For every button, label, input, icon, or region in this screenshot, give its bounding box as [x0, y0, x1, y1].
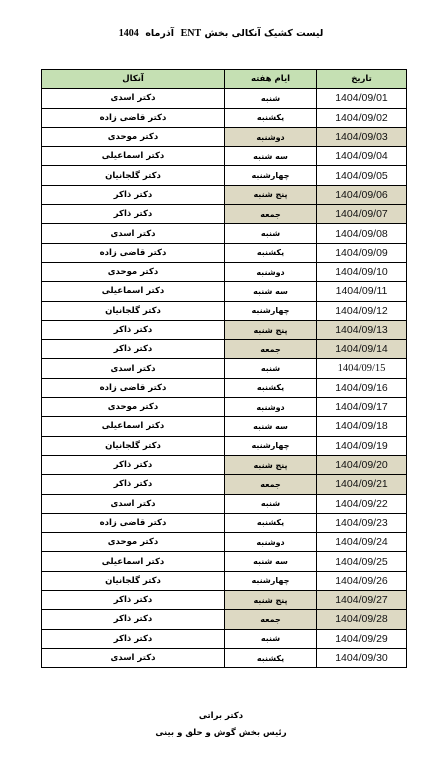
cell-oncall-doctor: دکتر اسدی: [42, 648, 225, 667]
cell-day: دوشنبه: [225, 398, 317, 417]
cell-date: 1404/09/02: [317, 108, 407, 127]
cell-date: 1404/09/24: [317, 533, 407, 552]
cell-day: یکشنبه: [225, 108, 317, 127]
cell-date: 1404/09/05: [317, 166, 407, 185]
cell-date: 1404/09/04: [317, 147, 407, 166]
cell-day: دوشنبه: [225, 262, 317, 281]
table-row: 1404/09/15شنبهدکتر اسدی: [42, 359, 407, 378]
cell-oncall-doctor: دکتر موحدی: [42, 533, 225, 552]
table-row: 1404/09/30یکشنبهدکتر اسدی: [42, 648, 407, 667]
table-row: 1404/09/29شنبهدکتر ذاکر: [42, 629, 407, 648]
header-date: تاریخ: [317, 70, 407, 89]
table-row: 1404/09/24دوشنبهدکتر موحدی: [42, 533, 407, 552]
cell-day: جمعه: [225, 475, 317, 494]
cell-date: 1404/09/30: [317, 648, 407, 667]
table-row: 1404/09/02یکشنبهدکتر قاضی زاده: [42, 108, 407, 127]
cell-date: 1404/09/28: [317, 610, 407, 629]
title-month: آذرماه: [145, 28, 174, 39]
cell-oncall-doctor: دکتر ذاکر: [42, 629, 225, 648]
cell-date: 1404/09/27: [317, 591, 407, 610]
cell-day: سه شنبه: [225, 417, 317, 436]
cell-oncall-doctor: دکتر گلجانیان: [42, 166, 225, 185]
cell-oncall-doctor: دکتر ذاکر: [42, 475, 225, 494]
cell-date: 1404/09/25: [317, 552, 407, 571]
cell-date: 1404/09/20: [317, 455, 407, 474]
cell-oncall-doctor: دکتر موحدی: [42, 262, 225, 281]
cell-date: 1404/09/19: [317, 436, 407, 455]
table-row: 1404/09/19چهارشنبهدکتر گلجانیان: [42, 436, 407, 455]
cell-oncall-doctor: دکتر قاضی زاده: [42, 513, 225, 532]
cell-date: 1404/09/07: [317, 205, 407, 224]
table-header-row: تاریخ ایام هفته آنکال: [42, 70, 407, 89]
cell-day: شنبه: [225, 629, 317, 648]
document-title: لیست کشیک آنکالی بخش ENT آذرماه 1404: [0, 28, 442, 39]
cell-oncall-doctor: دکتر ذاکر: [42, 340, 225, 359]
cell-day: شنبه: [225, 89, 317, 108]
cell-date: 1404/09/06: [317, 185, 407, 204]
table-row: 1404/09/10دوشنبهدکتر موحدی: [42, 262, 407, 281]
cell-day: چهارشنبه: [225, 166, 317, 185]
cell-day: پنج شنبه: [225, 455, 317, 474]
signature-role: رئیس بخش گوش و حلق و بینی: [0, 725, 442, 742]
cell-day: دوشنبه: [225, 533, 317, 552]
table-row: 1404/09/25سه شنبهدکتر اسماعیلی: [42, 552, 407, 571]
cell-date: 1404/09/10: [317, 262, 407, 281]
cell-oncall-doctor: دکتر قاضی زاده: [42, 108, 225, 127]
cell-day: چهارشنبه: [225, 571, 317, 590]
cell-date: 1404/09/11: [317, 282, 407, 301]
cell-day: چهارشنبه: [225, 436, 317, 455]
cell-day: شنبه: [225, 359, 317, 378]
cell-date: 1404/09/13: [317, 320, 407, 339]
cell-date: 1404/09/23: [317, 513, 407, 532]
cell-day: یکشنبه: [225, 378, 317, 397]
cell-oncall-doctor: دکتر گلجانیان: [42, 301, 225, 320]
cell-date: 1404/09/21: [317, 475, 407, 494]
table-row: 1404/09/05چهارشنبهدکتر گلجانیان: [42, 166, 407, 185]
cell-oncall-doctor: دکتر اسماعیلی: [42, 417, 225, 436]
cell-oncall-doctor: دکتر اسدی: [42, 89, 225, 108]
table-row: 1404/09/12چهارشنبهدکتر گلجانیان: [42, 301, 407, 320]
table-row: 1404/09/18سه شنبهدکتر اسماعیلی: [42, 417, 407, 436]
table-row: 1404/09/21جمعهدکتر ذاکر: [42, 475, 407, 494]
title-prefix: لیست کشیک آنکالی بخش: [204, 28, 323, 39]
cell-day: پنج شنبه: [225, 185, 317, 204]
cell-oncall-doctor: دکتر قاضی زاده: [42, 243, 225, 262]
cell-date: 1404/09/08: [317, 224, 407, 243]
cell-oncall-doctor: دکتر ذاکر: [42, 591, 225, 610]
cell-day: جمعه: [225, 610, 317, 629]
cell-oncall-doctor: دکتر ذاکر: [42, 185, 225, 204]
cell-date: 1404/09/29: [317, 629, 407, 648]
cell-day: پنج شنبه: [225, 591, 317, 610]
table-body: 1404/09/01شنبهدکتر اسدی1404/09/02یکشنبهد…: [42, 89, 407, 668]
cell-oncall-doctor: دکتر ذاکر: [42, 320, 225, 339]
cell-oncall-doctor: دکتر گلجانیان: [42, 436, 225, 455]
table-row: 1404/09/26چهارشنبهدکتر گلجانیان: [42, 571, 407, 590]
cell-date: 1404/09/15: [317, 359, 407, 378]
table-row: 1404/09/07جمعهدکتر ذاکر: [42, 205, 407, 224]
table-row: 1404/09/06پنج شنبهدکتر ذاکر: [42, 185, 407, 204]
cell-oncall-doctor: دکتر ذاکر: [42, 205, 225, 224]
cell-date: 1404/09/22: [317, 494, 407, 513]
table-row: 1404/09/14جمعهدکتر ذاکر: [42, 340, 407, 359]
cell-day: یکشنبه: [225, 243, 317, 262]
cell-oncall-doctor: دکتر اسدی: [42, 359, 225, 378]
cell-oncall-doctor: دکتر ذاکر: [42, 455, 225, 474]
cell-day: یکشنبه: [225, 513, 317, 532]
cell-date: 1404/09/14: [317, 340, 407, 359]
cell-date: 1404/09/26: [317, 571, 407, 590]
cell-date: 1404/09/03: [317, 127, 407, 146]
table-row: 1404/09/01شنبهدکتر اسدی: [42, 89, 407, 108]
cell-oncall-doctor: دکتر اسماعیلی: [42, 282, 225, 301]
cell-oncall-doctor: دکتر گلجانیان: [42, 571, 225, 590]
cell-oncall-doctor: دکتر اسدی: [42, 494, 225, 513]
table-row: 1404/09/11سه شنبهدکتر اسماعیلی: [42, 282, 407, 301]
cell-day: جمعه: [225, 340, 317, 359]
title-department: ENT: [181, 28, 202, 39]
table-row: 1404/09/22شنبهدکتر اسدی: [42, 494, 407, 513]
cell-date: 1404/09/17: [317, 398, 407, 417]
oncall-roster-table: تاریخ ایام هفته آنکال 1404/09/01شنبهدکتر…: [41, 69, 407, 668]
cell-day: سه شنبه: [225, 552, 317, 571]
table-row: 1404/09/04سه شنبهدکتر اسماعیلی: [42, 147, 407, 166]
cell-oncall-doctor: دکتر اسماعیلی: [42, 552, 225, 571]
cell-day: شنبه: [225, 494, 317, 513]
cell-day: چهارشنبه: [225, 301, 317, 320]
table-row: 1404/09/17دوشنبهدکتر موحدی: [42, 398, 407, 417]
signature-block: دکتر براتی رئیس بخش گوش و حلق و بینی: [0, 708, 442, 742]
cell-day: دوشنبه: [225, 127, 317, 146]
cell-date: 1404/09/09: [317, 243, 407, 262]
cell-date: 1404/09/01: [317, 89, 407, 108]
cell-day: سه شنبه: [225, 147, 317, 166]
cell-day: سه شنبه: [225, 282, 317, 301]
table-row: 1404/09/23یکشنبهدکتر قاضی زاده: [42, 513, 407, 532]
header-oncall: آنکال: [42, 70, 225, 89]
cell-oncall-doctor: دکتر موحدی: [42, 398, 225, 417]
cell-day: یکشنبه: [225, 648, 317, 667]
table-row: 1404/09/20پنج شنبهدکتر ذاکر: [42, 455, 407, 474]
cell-day: جمعه: [225, 205, 317, 224]
cell-oncall-doctor: دکتر موحدی: [42, 127, 225, 146]
title-year: 1404: [119, 28, 139, 39]
table-row: 1404/09/08شنبهدکتر اسدی: [42, 224, 407, 243]
cell-date: 1404/09/18: [317, 417, 407, 436]
cell-oncall-doctor: دکتر اسدی: [42, 224, 225, 243]
table-row: 1404/09/09یکشنبهدکتر قاضی زاده: [42, 243, 407, 262]
cell-oncall-doctor: دکتر اسماعیلی: [42, 147, 225, 166]
cell-oncall-doctor: دکتر قاضی زاده: [42, 378, 225, 397]
cell-day: پنج شنبه: [225, 320, 317, 339]
table-row: 1404/09/03دوشنبهدکتر موحدی: [42, 127, 407, 146]
cell-date: 1404/09/12: [317, 301, 407, 320]
table-row: 1404/09/16یکشنبهدکتر قاضی زاده: [42, 378, 407, 397]
header-day: ایام هفته: [225, 70, 317, 89]
table-row: 1404/09/13پنج شنبهدکتر ذاکر: [42, 320, 407, 339]
cell-oncall-doctor: دکتر ذاکر: [42, 610, 225, 629]
cell-date: 1404/09/16: [317, 378, 407, 397]
table-row: 1404/09/28جمعهدکتر ذاکر: [42, 610, 407, 629]
table-row: 1404/09/27پنج شنبهدکتر ذاکر: [42, 591, 407, 610]
signature-name: دکتر براتی: [0, 708, 442, 725]
cell-day: شنبه: [225, 224, 317, 243]
